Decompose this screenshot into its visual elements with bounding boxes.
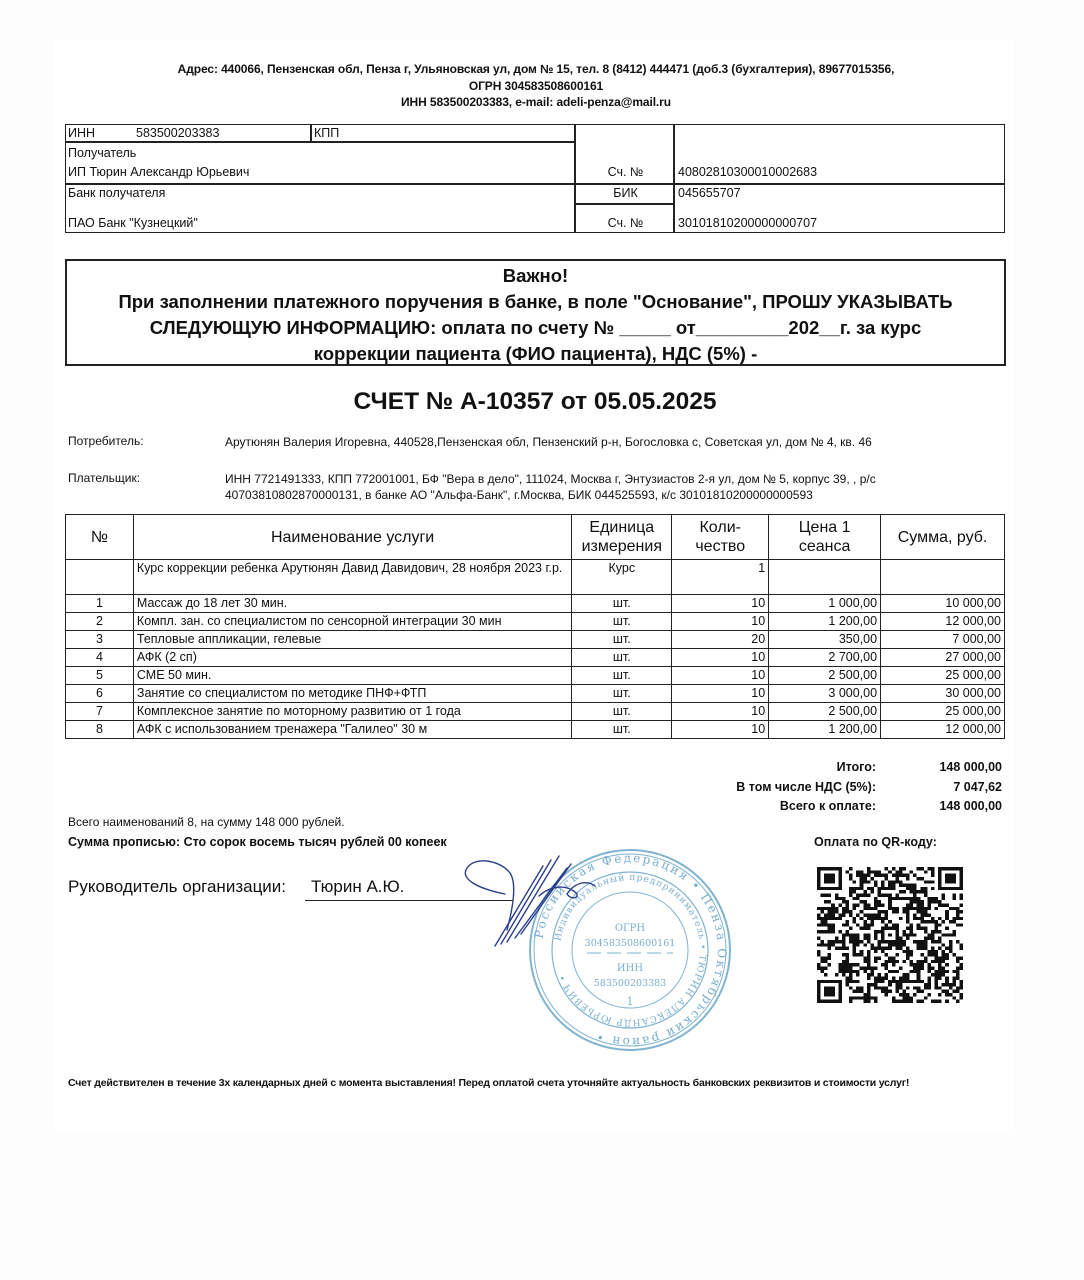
col-quantity: Коли- чество: [672, 515, 769, 560]
header-inn-email: ИНН 583500203383, e-mail: adeli-penza@ma…: [66, 94, 1006, 111]
cell-service-name: Тепловые аппликации, гелевые: [133, 631, 571, 649]
col-number: №: [66, 515, 134, 560]
vat-label: В том числе НДС (5%):: [660, 778, 876, 798]
cell-service-name: Компл. зан. со специалистом по сенсорной…: [133, 613, 571, 631]
cell-number: 3: [66, 631, 134, 649]
divider: [574, 203, 674, 205]
cell-service-name: СМЕ 50 мин.: [133, 667, 571, 685]
cell-unit: шт.: [572, 595, 672, 613]
payer-value: ИНН 7721491333, КПП 772001001, БФ "Вера …: [225, 471, 1010, 503]
bank-label: Банк получателя: [66, 186, 566, 201]
cell-unit: шт.: [572, 649, 672, 667]
cell-service-name: АФК (2 сп): [133, 649, 571, 667]
cell-sum: 12 000,00: [881, 721, 1005, 739]
cell-quantity: 1: [672, 560, 769, 595]
cell-sum: 25 000,00: [881, 667, 1005, 685]
bik-label: БИК: [576, 186, 673, 201]
cell-quantity: 10: [672, 649, 769, 667]
cell-price: 3 000,00: [769, 685, 881, 703]
col-service-name: Наименование услуги: [133, 515, 571, 560]
cell-number: 2: [66, 613, 134, 631]
divider: [66, 183, 674, 185]
table-row: 2Компл. зан. со специалистом по сенсорно…: [66, 613, 1005, 631]
cell-unit: шт.: [572, 685, 672, 703]
cell-sum: 7 000,00: [881, 631, 1005, 649]
account-value: 40802810300010002683: [676, 165, 996, 180]
cell-quantity: 10: [672, 703, 769, 721]
bank-details-table: ИНН 583500203383 КПП Получатель ИП Тюрин…: [65, 124, 1005, 233]
cell-price: 2 500,00: [769, 667, 881, 685]
qr-label: Оплата по QR-коду:: [814, 835, 937, 849]
important-notice: Важно! При заполнении платежного поручен…: [65, 259, 1006, 366]
totals-block: Итого:148 000,00 В том числе НДС (5%):7 …: [660, 758, 1002, 817]
col-sum: Сумма, руб.: [881, 515, 1005, 560]
invoice-title: СЧЕТ № А-10357 от 05.05.2025: [65, 388, 1005, 416]
table-row: 7Комплексное занятие по моторному развит…: [66, 703, 1005, 721]
cell-unit: шт.: [572, 631, 672, 649]
table-row: 5СМЕ 50 мин.шт.102 500,0025 000,00: [66, 667, 1005, 685]
kpp-label: КПП: [312, 126, 412, 141]
stamp-index: 1: [627, 995, 634, 1008]
notice-line: коррекции пациента (ФИО пациента), НДС (…: [67, 341, 1004, 367]
account-label: Сч. №: [576, 165, 673, 180]
cell-quantity: 10: [672, 595, 769, 613]
cell-price: 2 500,00: [769, 703, 881, 721]
corr-account-value: 30101810200000000707: [676, 216, 996, 231]
cell-service-name: Комплексное занятие по моторному развити…: [133, 703, 571, 721]
payer-label: Плательщик:: [68, 471, 140, 485]
cell-price: 1 200,00: [769, 613, 881, 631]
cell-quantity: 10: [672, 613, 769, 631]
cell-sum: 12 000,00: [881, 613, 1005, 631]
cell-quantity: 10: [672, 685, 769, 703]
divider: [674, 183, 1004, 185]
divider: [66, 141, 574, 143]
notice-line: СЛЕДУЮЩУЮ ИНФОРМАЦИЮ: оплата по счету № …: [67, 315, 1004, 341]
cell-number: 4: [66, 649, 134, 667]
total-label: Итого:: [660, 758, 876, 778]
cell-number: 6: [66, 685, 134, 703]
cell-quantity: 10: [672, 721, 769, 739]
table-row: 6Занятие со специалистом по методике ПНФ…: [66, 685, 1005, 703]
cell-quantity: 20: [672, 631, 769, 649]
header-address: Адрес: 440066, Пензенская обл, Пенза г, …: [66, 61, 1006, 78]
cell-unit: Курс: [572, 560, 672, 595]
cell-price: 1 000,00: [769, 595, 881, 613]
table-row: 3Тепловые аппликации, гелевыешт.20350,00…: [66, 631, 1005, 649]
stamp-inn-value: 583500203383: [594, 978, 667, 989]
cell-price: 1 200,00: [769, 721, 881, 739]
cell-sum: 25 000,00: [881, 703, 1005, 721]
course-row: Курс коррекции ребенка Арутюнян Давид Да…: [66, 560, 1005, 595]
cell-number: 8: [66, 721, 134, 739]
col-unit: Единица измерения: [572, 515, 672, 560]
stamp-inn-label: ИНН: [617, 963, 643, 974]
table-row: 1Массаж до 18 лет 30 мин.шт.101 000,0010…: [66, 595, 1005, 613]
consumer-label: Потребитель:: [68, 434, 144, 448]
cell-number: [66, 560, 134, 595]
items-count-summary: Всего наименований 8, на сумму 148 000 р…: [68, 815, 345, 829]
cell-sum: 30 000,00: [881, 685, 1005, 703]
signature-icon: [455, 838, 645, 958]
services-table: № Наименование услуги Единица измерения …: [65, 514, 1005, 739]
cell-unit: шт.: [572, 703, 672, 721]
col-price: Цена 1 сеанса: [769, 515, 881, 560]
amount-in-words: Сумма прописью: Сто сорок восемь тысяч р…: [68, 835, 447, 849]
corr-account-label: Сч. №: [576, 216, 673, 231]
cell-unit: шт.: [572, 667, 672, 685]
company-header: Адрес: 440066, Пензенская обл, Пенза г, …: [66, 61, 1006, 111]
table-row: 4АФК (2 сп)шт.102 700,0027 000,00: [66, 649, 1005, 667]
cell-service-name: Занятие со специалистом по методике ПНФ+…: [133, 685, 571, 703]
validity-note: Счет действителен в течение 3х календарн…: [68, 1075, 1008, 1091]
cell-sum: [881, 560, 1005, 595]
vat-value: 7 047,62: [876, 778, 1002, 798]
cell-unit: шт.: [572, 721, 672, 739]
cell-service-name: АФК с использованием тренажера "Галилео"…: [133, 721, 571, 739]
qr-code-icon[interactable]: [817, 867, 963, 1003]
table-row: 8АФК с использованием тренажера "Галилео…: [66, 721, 1005, 739]
due-label: Всего к оплате:: [660, 797, 876, 817]
notice-line: При заполнении платежного поручения в ба…: [67, 289, 1004, 315]
cell-price: [769, 560, 881, 595]
header-ogrn: ОГРН 304583508600161: [66, 78, 1006, 95]
cell-number: 7: [66, 703, 134, 721]
recipient-label: Получатель: [66, 146, 566, 161]
cell-unit: шт.: [572, 613, 672, 631]
recipient-name: ИП Тюрин Александр Юрьевич: [66, 165, 566, 180]
cell-service-name: Массаж до 18 лет 30 мин.: [133, 595, 571, 613]
cell-price: 2 700,00: [769, 649, 881, 667]
inn-value: 583500203383: [134, 126, 304, 141]
cell-service-name: Курс коррекции ребенка Арутюнян Давид Да…: [133, 560, 571, 595]
inn-label: ИНН: [66, 126, 136, 141]
divider: [673, 125, 675, 232]
cell-quantity: 10: [672, 667, 769, 685]
consumer-value: Арутюнян Валерия Игоревна, 440528,Пензен…: [225, 434, 1010, 450]
cell-sum: 10 000,00: [881, 595, 1005, 613]
due-value: 148 000,00: [876, 797, 1002, 817]
bik-value: 045655707: [676, 186, 996, 201]
notice-title: Важно!: [67, 263, 1004, 289]
total-value: 148 000,00: [876, 758, 1002, 778]
table-header-row: № Наименование услуги Единица измерения …: [66, 515, 1005, 560]
cell-sum: 27 000,00: [881, 649, 1005, 667]
bank-name: ПАО Банк "Кузнецкий": [66, 216, 566, 231]
cell-price: 350,00: [769, 631, 881, 649]
cell-number: 5: [66, 667, 134, 685]
head-label: Руководитель организации:: [68, 877, 286, 897]
cell-number: 1: [66, 595, 134, 613]
